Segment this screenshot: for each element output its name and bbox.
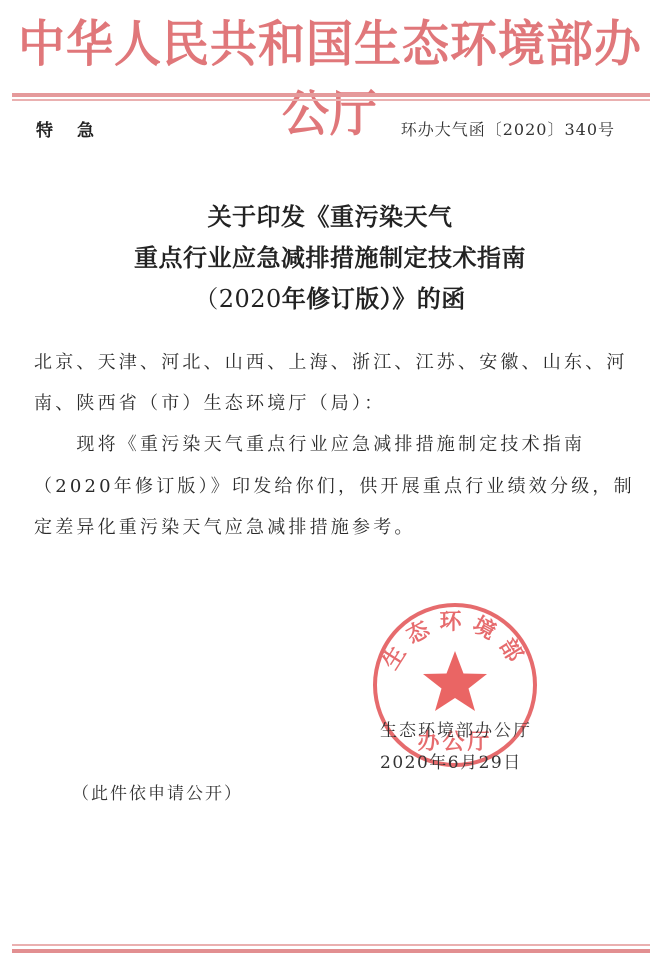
paragraph-line-3: 定差异化重污染天气应急减排措施参考。 — [34, 507, 634, 548]
urgency-label: 特急 — [36, 116, 118, 141]
signer-name: 生态环境部办公厅 — [380, 716, 532, 741]
letterhead-divider-thin — [12, 99, 650, 101]
official-seal-icon: 生态环境部 办公厅 — [371, 601, 539, 769]
document-title: 关于印发《重污染天气 重点行业应急减排措施制定技术指南 （2020年修订版）》的… — [0, 196, 660, 320]
footer-divider-thick — [12, 949, 650, 953]
title-year: （2020 — [194, 285, 282, 313]
letterhead-divider-thick — [12, 93, 650, 97]
title-line-3: （2020年修订版）》的函 — [0, 278, 660, 320]
signing-date: 2020年6月29日 — [380, 748, 522, 773]
footer-divider-thin — [12, 944, 650, 946]
paragraph-line-1: 现将《重污染天气重点行业应急减排措施制定技术指南 — [34, 424, 634, 465]
paragraph-line-2: （2020年修订版）》印发给你们，供开展重点行业绩效分级，制 — [34, 466, 634, 507]
title-line-2: 重点行业应急减排措施制定技术指南 — [0, 237, 660, 278]
document-number: 环办大气函〔2020〕340号 — [401, 117, 615, 140]
disclosure-note: （此件依申请公开） — [72, 779, 243, 804]
title-line-3-rest: 年修订版）》的函 — [282, 284, 466, 313]
addressee-line-2: 南、陕西省（市）生态环境厅（局）： — [34, 383, 634, 424]
title-line-1: 关于印发《重污染天气 — [0, 196, 660, 237]
addressee-line-1: 北京、天津、河北、山西、上海、浙江、江苏、安徽、山东、河 — [34, 342, 634, 383]
